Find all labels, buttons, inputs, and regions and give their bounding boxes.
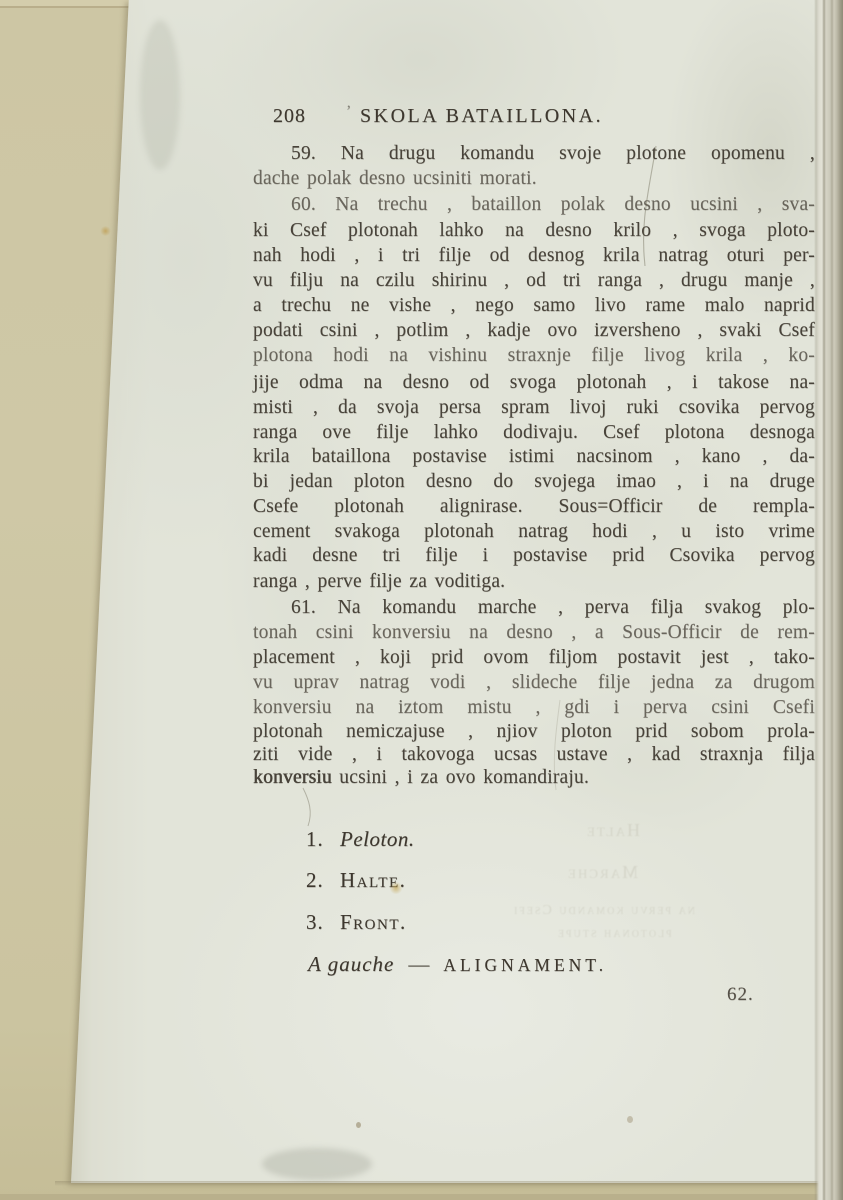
body-line: ziti vide , i takovoga ucsas ustave , ka… bbox=[253, 744, 815, 766]
ghost-text: plotonah stupe bbox=[556, 926, 672, 942]
body-line: placement , koji prid ovom filjom postav… bbox=[253, 647, 815, 669]
body-line: jije odma na desno od svoga plotonah , i… bbox=[253, 372, 815, 394]
body-line: dache polak desno ucsiniti morati. bbox=[253, 168, 815, 190]
dash: — bbox=[408, 952, 429, 976]
command-item: 1.Peloton. bbox=[306, 827, 415, 852]
ghost-text: na pervu komandu Csefi bbox=[512, 903, 695, 919]
body-line: Csefe plotonah alignirase. Sous=Officir … bbox=[253, 496, 815, 518]
body-line: cement svakoga plotonah natrag hodi , u … bbox=[253, 521, 815, 543]
stray-ink-mark: ’ bbox=[346, 103, 351, 121]
alignment-prefix: A gauche bbox=[308, 952, 394, 976]
body-line: krila bataillona postavise istimi nacsin… bbox=[253, 446, 815, 468]
body-line: ki Csef plotonah lahko na desno krilo , … bbox=[253, 220, 815, 242]
body-line: misti , da svoja persa spram livoj ruki … bbox=[253, 397, 815, 419]
alignment-command-label: ALIGNAMENT. bbox=[443, 955, 607, 975]
body-line: konversiu ucsini , i za ovo komandiraju. bbox=[253, 767, 815, 789]
body-line: vu uprav natrag vodi , slideche filje je… bbox=[253, 672, 815, 694]
book-fore-edge bbox=[814, 0, 843, 1200]
catchword: 62. bbox=[727, 984, 754, 1006]
command-number: 2. bbox=[306, 868, 340, 893]
body-line: kadi desne tri filje i postavise prid Cs… bbox=[253, 545, 815, 567]
body-line: vu filju na czilu shirinu , od tri ranga… bbox=[253, 270, 815, 292]
body-line: bi jedan ploton desno do svojega imao , … bbox=[253, 471, 815, 493]
page-bottom-edge bbox=[55, 1181, 823, 1186]
command-item: 3.Front. bbox=[306, 910, 407, 935]
command-label: Front. bbox=[340, 910, 407, 934]
body-line: plotonah nemiczajuse , njiov ploton prid… bbox=[253, 721, 815, 743]
ghost-text: Halte bbox=[585, 820, 640, 841]
body-line: nah hodi , i tri filje od desnog krila n… bbox=[253, 245, 815, 267]
command-label: Peloton. bbox=[340, 827, 415, 851]
body-line: plotona hodi na vishinu straxnje filje l… bbox=[253, 345, 815, 367]
body-line: 61. Na komandu marche , perva filja svak… bbox=[253, 597, 815, 619]
page-left-edge-curl bbox=[60, 0, 150, 1200]
body-line: tonah csini konversiu na desno , a Sous-… bbox=[253, 622, 815, 644]
scanned-book-photo: 208 ’ SKOLA BATAILLONA. 59. Na drugu kom… bbox=[0, 0, 843, 1200]
book-page: 208 ’ SKOLA BATAILLONA. 59. Na drugu kom… bbox=[0, 0, 843, 1200]
ink-speck bbox=[627, 1116, 633, 1123]
foxing-spot bbox=[389, 882, 403, 894]
body-line: a trechu ne vishe , nego samo livo rame … bbox=[253, 295, 815, 317]
body-line: podati csini , potlim , kadje ovo izvers… bbox=[253, 320, 815, 342]
running-head-title: SKOLA BATAILLONA. bbox=[360, 105, 603, 128]
body-line: 60. Na trechu , bataillon polak desno uc… bbox=[253, 194, 815, 216]
grey-smudge bbox=[262, 1148, 372, 1180]
alignment-command-line: A gauche—ALIGNAMENT. bbox=[308, 952, 607, 977]
body-line: konversiu na iztom mistu , gdi i perva c… bbox=[253, 697, 815, 719]
running-head-page-number: 208 bbox=[273, 105, 306, 128]
grey-smudge bbox=[140, 20, 180, 170]
command-number: 1. bbox=[306, 827, 340, 852]
ink-speck bbox=[356, 1122, 361, 1128]
body-line: ranga , perve filje za voditiga. bbox=[253, 571, 815, 593]
page-shadow: 208 ’ SKOLA BATAILLONA. 59. Na drugu kom… bbox=[0, 0, 843, 1200]
ghost-text: Marche bbox=[566, 862, 638, 883]
body-line: ranga ove filje lahko dodivaju. Csef plo… bbox=[253, 422, 815, 444]
body-line: 59. Na drugu komandu svoje plotone opome… bbox=[253, 143, 815, 165]
command-number: 3. bbox=[306, 910, 340, 935]
